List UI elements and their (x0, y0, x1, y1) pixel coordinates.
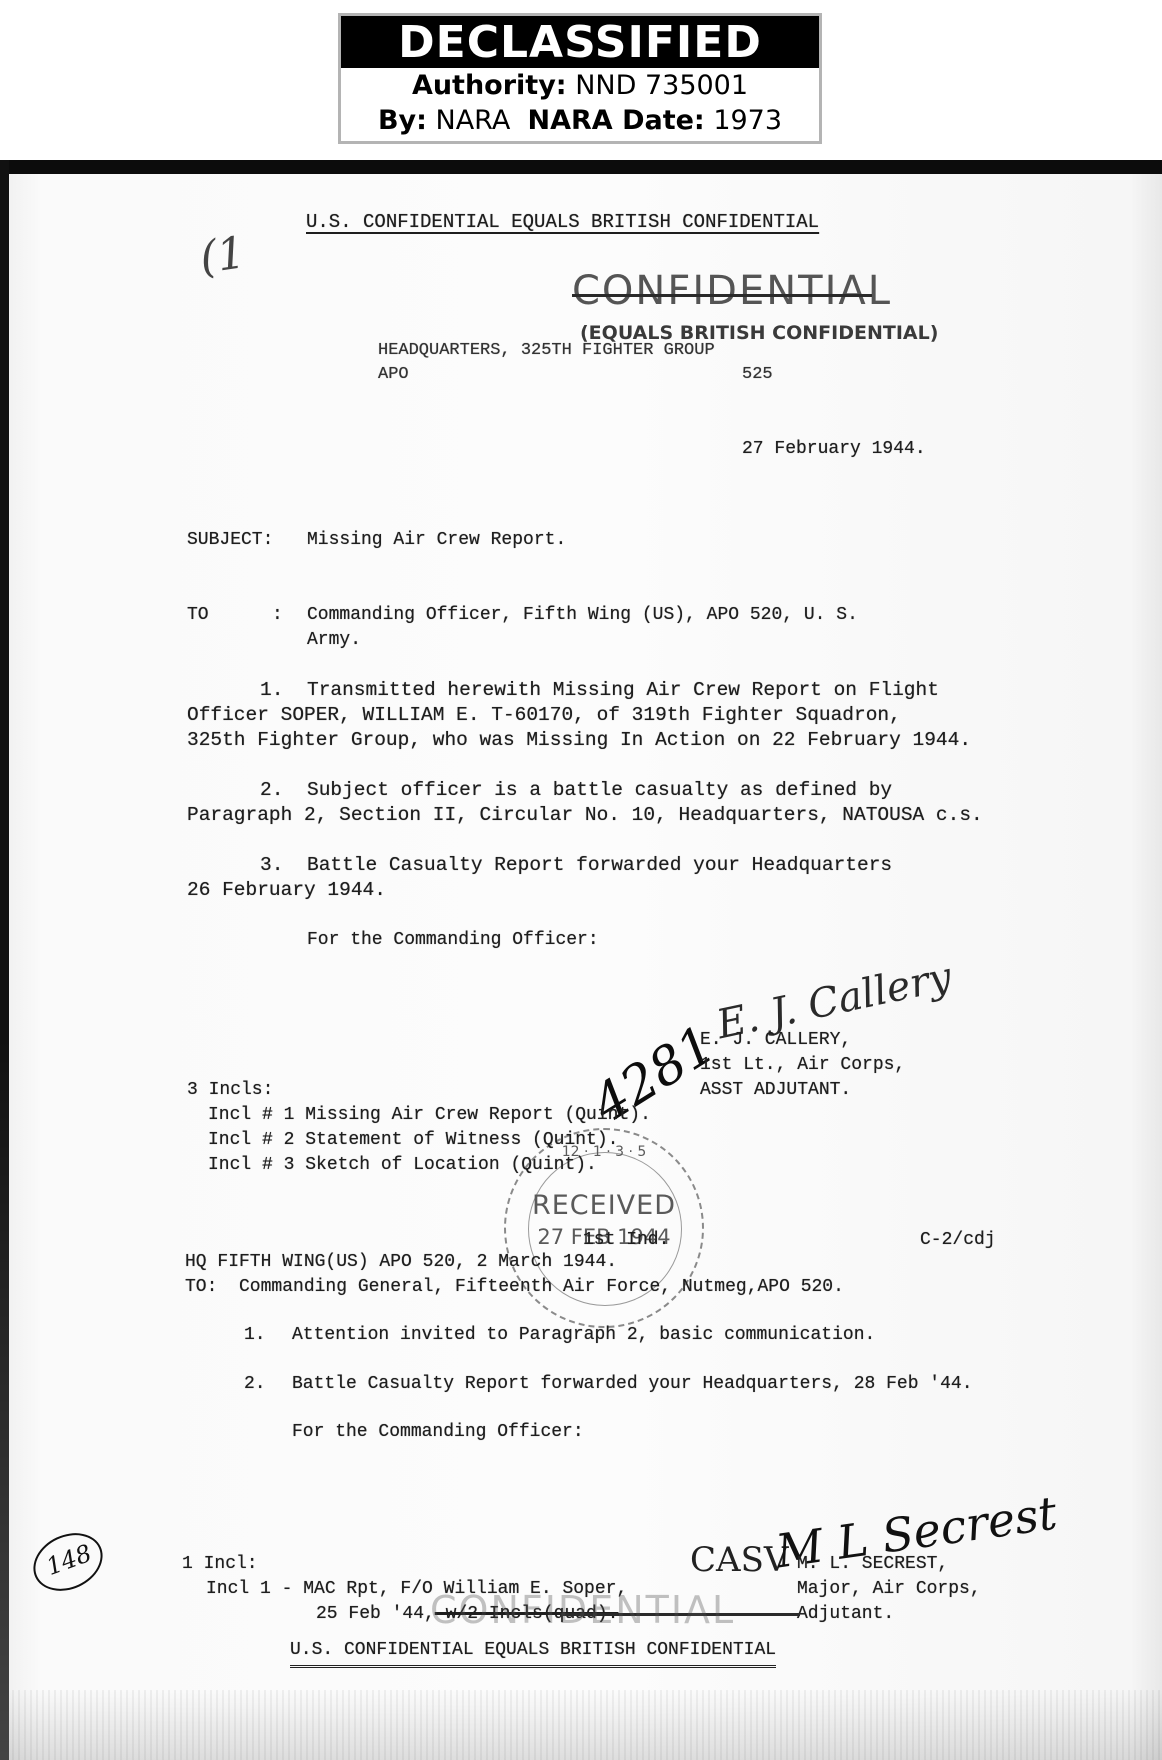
by-value: NARA (436, 105, 511, 136)
classification-header: U.S. CONFIDENTIAL EQUALS BRITISH CONFIDE… (306, 210, 819, 235)
declassified-title: DECLASSIFIED (341, 16, 819, 68)
inclosures-header: 3 Incls: (187, 1078, 273, 1103)
authority-label: Authority: (412, 70, 567, 101)
inclosure-item: Incl # 1 Missing Air Crew Report (Quint)… (208, 1103, 651, 1128)
indorsement-closing: For the Commanding Officer: (292, 1420, 584, 1445)
to-line-2: Army. (307, 628, 361, 653)
subject-value: Missing Air Crew Report. (307, 528, 566, 553)
paragraph-line: 325th Fighter Group, who was Missing In … (187, 728, 971, 753)
authority-value: NND 735001 (575, 70, 748, 101)
to-label: TO (187, 603, 209, 628)
indorsement-from: HQ FIFTH WING(US) APO 520, 2 March 1944. (185, 1250, 617, 1275)
subject-label: SUBJECT: (187, 528, 273, 553)
document-date: 27 February 1944. (742, 437, 926, 462)
paragraph-number: 1. (260, 678, 283, 703)
paragraph-text: Battle Casualty Report forwarded your He… (292, 1372, 973, 1397)
by-line: By: NARA NARA Date: 1973 (341, 103, 819, 138)
paragraph-number: 1. (244, 1323, 266, 1348)
indorsement-to: TO: Commanding General, Fifteenth Air Fo… (185, 1275, 844, 1300)
document-page: U.S. CONFIDENTIAL EQUALS BRITISH CONFIDE… (0, 160, 1162, 1760)
margin-mark: (1 (197, 227, 249, 284)
indorsement-signer-title: Adjutant. (797, 1602, 894, 1627)
nara-date-value: 1973 (713, 105, 782, 136)
authority-line: Authority: NND 735001 (341, 68, 819, 103)
paragraph-text: Attention invited to Paragraph 2, basic … (292, 1323, 875, 1348)
faded-confidential-stamp: CONFIDENTIAL (430, 1588, 735, 1632)
paragraph-line: Transmitted herewith Missing Air Crew Re… (307, 678, 939, 703)
stamp-received-label: RECEIVED (506, 1190, 702, 1221)
inclosure-item: Incl # 2 Statement of Witness (Quint). (208, 1128, 618, 1153)
signer-rank: 1st Lt., Air Corps, (700, 1053, 905, 1078)
incl-date: 25 Feb '44, (316, 1604, 435, 1624)
inclosure-item: Incl # 3 Sketch of Location (Quint). (208, 1153, 597, 1178)
indorsement-file-code: C-2/cdj (920, 1228, 996, 1253)
indorsement-incl-header: 1 Incl: (182, 1552, 258, 1577)
by-label: By: (378, 105, 427, 136)
signer-title: ASST ADJUTANT. (700, 1078, 851, 1103)
paragraph-number: 3. (260, 853, 283, 878)
casv-note: CASV (690, 1540, 788, 1580)
footer-classification: U.S. CONFIDENTIAL EQUALS BRITISH CONFIDE… (290, 1638, 776, 1668)
apo-number: 525 (742, 362, 773, 387)
signer-name: E. J. CALLERY, (700, 1028, 851, 1053)
indorsement-signer-name: M. L. SECREST, (797, 1552, 948, 1577)
paragraph-number: 2. (244, 1372, 266, 1397)
to-line-1: Commanding Officer, Fifth Wing (US), APO… (307, 603, 858, 628)
paragraph-line: Subject officer is a battle casualty as … (307, 778, 892, 803)
closing-line: For the Commanding Officer: (307, 928, 599, 953)
confidential-strikethrough (572, 294, 872, 297)
to-colon: : (272, 603, 283, 628)
indorsement-signer-rank: Major, Air Corps, (797, 1577, 981, 1602)
paragraph-line: Officer SOPER, WILLIAM E. T-60170, of 31… (187, 703, 901, 728)
paragraph-line: Battle Casualty Report forwarded your He… (307, 853, 892, 878)
hq-line: HEADQUARTERS, 325TH FIGHTER GROUP (378, 338, 715, 363)
scan-noise (0, 1690, 1162, 1760)
paragraph-number: 2. (260, 778, 283, 803)
nara-date-label: NARA Date: (528, 105, 705, 136)
confidential-stamp: CONFIDENTIAL (572, 268, 892, 314)
declassified-banner: DECLASSIFIED Authority: NND 735001 By: N… (338, 13, 822, 144)
apo-label: APO (378, 362, 409, 387)
paragraph-line: 26 February 1944. (187, 878, 386, 903)
paragraph-line: Paragraph 2, Section II, Circular No. 10… (187, 803, 983, 828)
